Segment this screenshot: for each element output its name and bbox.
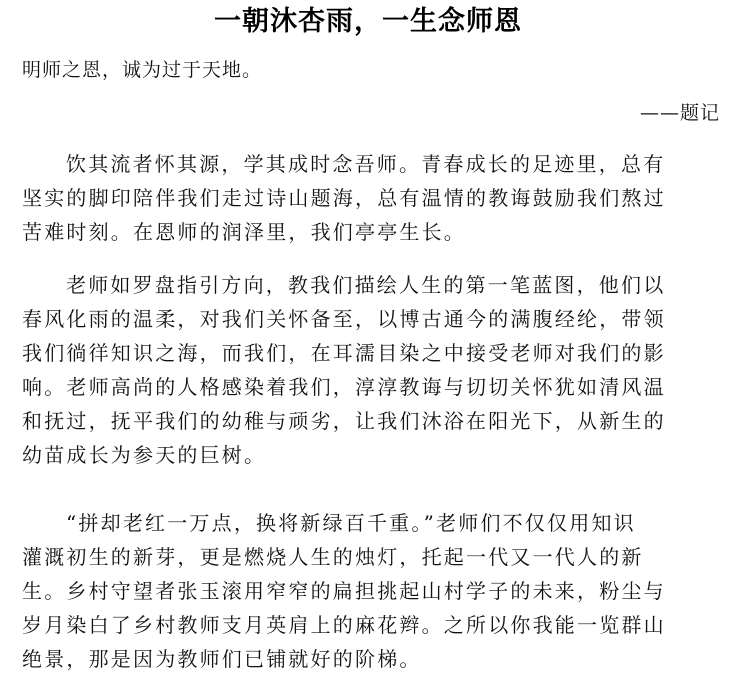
paragraph-line: “拼却老红一万点，换将新绿百千重。”老师们不仅仅用知识 [22,506,722,540]
paragraph-line: 生。乡村守望者张玉滚用窄窄的扁担挑起山村学子的未来，粉尘与 [22,574,722,608]
paragraph-line: 岁月染白了乡村教师支月英肩上的麻花辫。之所以你我能一览群山 [22,608,722,642]
paragraph-1: 饮其流者怀其源，学其成时念吾师。青春成长的足迹里，总有 坚实的脚印陪伴我们走过诗… [22,147,722,249]
paragraph-line: 和抚过，抚平我们的幼稚与顽劣，让我们沐浴在阳光下，从新生的 [22,404,722,438]
paragraph-2: 老师如罗盘指引方向，教我们描绘人生的第一笔蓝图，他们以 春风化雨的温柔，对我们关… [22,268,722,472]
epigraph: 明师之恩，诚为过于天地。 [22,56,262,84]
paragraph-line: 我们徜徉知识之海，而我们，在耳濡目染之中接受老师对我们的影 [22,336,722,370]
paragraph-line: 苦难时刻。在恩师的润泽里，我们亭亭生长。 [22,215,722,249]
paragraph-line: 坚实的脚印陪伴我们走过诗山题海，总有温情的教诲鼓励我们熬过 [22,181,722,215]
paragraph-3: “拼却老红一万点，换将新绿百千重。”老师们不仅仅用知识 灌溉初生的新芽，更是燃烧… [22,506,722,676]
essay-title: 一朝沐杏雨，一生念师恩 [0,4,736,40]
paragraph-line: 幼苗成长为参天的巨树。 [22,438,722,472]
paragraph-line: 老师如罗盘指引方向，教我们描绘人生的第一笔蓝图，他们以 [22,268,722,302]
epigraph-signature: ——题记 [640,99,720,127]
paragraph-line: 春风化雨的温柔，对我们关怀备至，以博古通今的满腹经纶，带领 [22,302,722,336]
paragraph-line: 灌溉初生的新芽，更是燃烧人生的烛灯，托起一代又一代人的新 [22,540,722,574]
paragraph-line: 响。老师高尚的人格感染着我们，淳淳教诲与切切关怀犹如清风温 [22,370,722,404]
paragraph-line: 饮其流者怀其源，学其成时念吾师。青春成长的足迹里，总有 [22,147,722,181]
paragraph-line: 绝景，那是因为教师们已铺就好的阶梯。 [22,642,722,676]
essay-page: 一朝沐杏雨，一生念师恩 明师之恩，诚为过于天地。 ——题记 饮其流者怀其源，学其… [0,0,736,680]
